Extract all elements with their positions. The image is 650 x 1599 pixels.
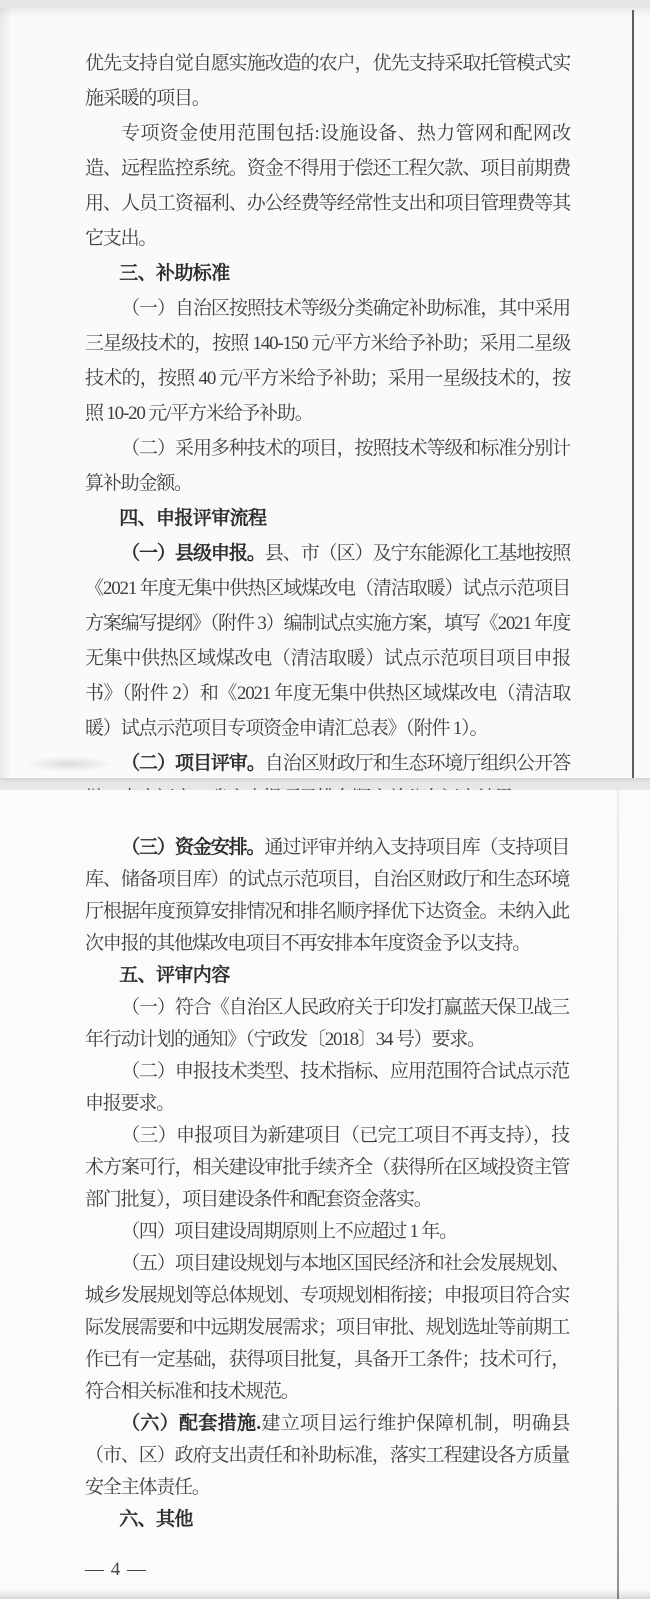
paragraph-review-item-4: （四）项目建设周期原则上不应超过 1 年。 — [85, 1216, 569, 1248]
page-1: 优先支持自觉自愿实施改造的农户，优先支持采取托管模式实施采暖的项目。 专项资金使… — [0, 8, 650, 778]
page-top-shadow — [0, 8, 650, 18]
runin-heading-project-review: （二）项目评审。 — [121, 753, 265, 774]
page-2-right-edge — [617, 790, 619, 1599]
paragraph-subsidy-item-2: （二）采用多种技术的项目，按照技术等级和标准分别计算补助金额。 — [85, 431, 570, 501]
heading-review-content: 五、评审内容 — [85, 960, 569, 992]
page-2: （三）资金安排。通过评审并纳入支持项目库（支持项目库、储备项目库）的试点示范项目… — [0, 790, 650, 1599]
paragraph-county-application: （一）县级申报。县、市（区）及宁东能源化工基地按照《2021 年度无集中供热区域… — [85, 536, 570, 746]
page-gap-smudge — [24, 756, 114, 772]
heading-other: 六、其他 — [85, 1504, 569, 1536]
page-left-shadow — [0, 8, 12, 778]
paragraph-county-application-text: 县、市（区）及宁东能源化工基地按照《2021 年度无集中供热区域煤改电（清洁取暖… — [85, 543, 570, 739]
page-number: — 4 — — [85, 1554, 147, 1586]
paragraph-review-item-3: （三）申报项目为新建项目（已完工项目不再支持），技术方案可行，相关建设审批手续齐… — [85, 1120, 569, 1216]
page-bottom-shadow — [0, 1589, 650, 1599]
paragraph-review-item-5: （五）项目建设规划与本地区国民经济和社会发展规划、城乡发展规划等总体规划、专项规… — [85, 1248, 569, 1408]
paragraph-review-item-1: （一）符合《自治区人民政府关于印发打赢蓝天保卫战三年行动计划的通知》（宁政发〔2… — [85, 992, 569, 1056]
heading-application-review-process: 四、申报评审流程 — [85, 501, 570, 536]
runin-heading-supporting-measures: （六）配套措施. — [121, 1413, 260, 1434]
heading-subsidy-standards: 三、补助标准 — [85, 256, 570, 291]
paragraph-supporting-measures: （六）配套措施.建立项目运行维护保障机制，明确县（市、区）政府支出责任和补助标准… — [85, 1408, 569, 1504]
document-scan: 优先支持自觉自愿实施改造的农户，优先支持采取托管模式实施采暖的项目。 专项资金使… — [0, 0, 650, 1599]
paragraph-subsidy-item-1: （一）自治区按照技术等级分类确定补助标准，其中采用三星级技术的，按照 140-1… — [85, 291, 570, 431]
paragraph-fund-usage: 专项资金使用范围包括:设施设备、热力管网和配网改造、远程监控系统。资金不得用于偿… — [85, 116, 570, 256]
paragraph-fund-arrangement: （三）资金安排。通过评审并纳入支持项目库（支持项目库、储备项目库）的试点示范项目… — [85, 832, 569, 960]
paragraph-review-item-2: （二）申报技术类型、技术指标、应用范围符合试点示范申报要求。 — [85, 1056, 569, 1120]
page-1-right-edge — [632, 10, 634, 778]
paragraph-continued: 优先支持自觉自愿实施改造的农户，优先支持采取托管模式实施采暖的项目。 — [85, 46, 570, 116]
runin-heading-fund-arrangement: （三）资金安排。 — [121, 837, 264, 858]
runin-heading-county-application: （一）县级申报。 — [121, 543, 265, 564]
